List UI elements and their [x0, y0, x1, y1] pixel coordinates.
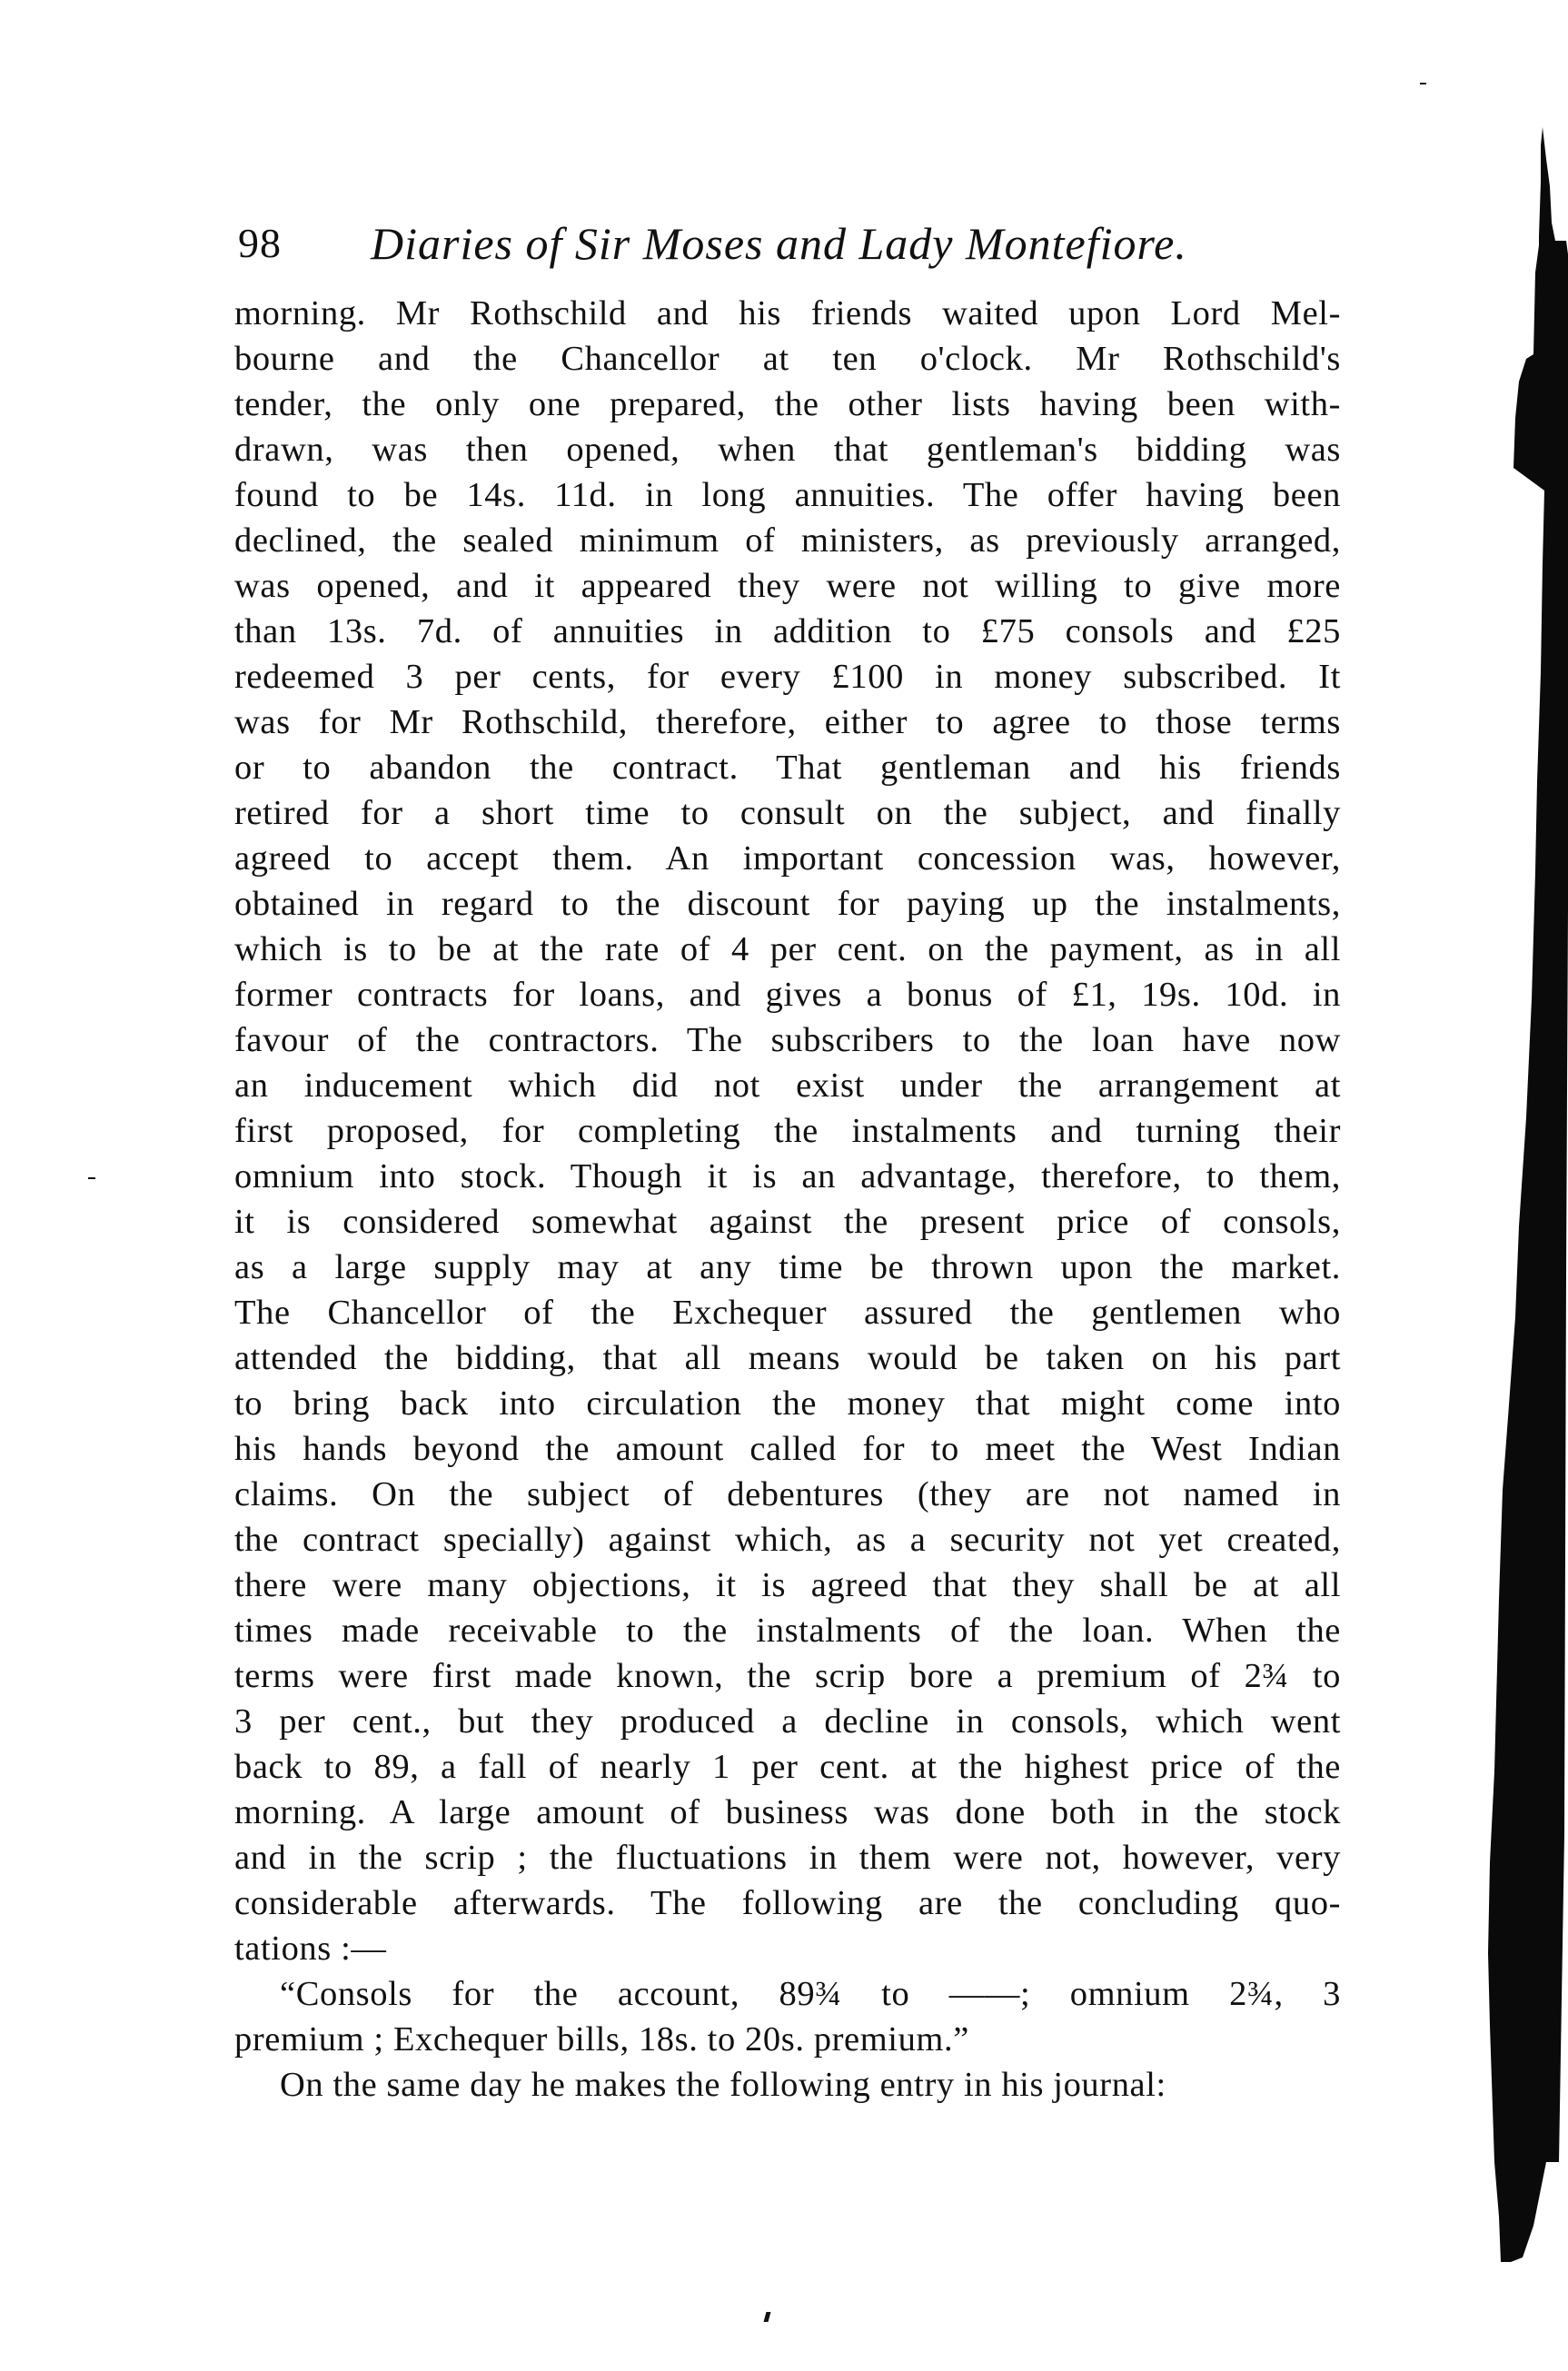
text-line: tations :— — [234, 1926, 1341, 1971]
text-line: back to 89, a fall of nearly 1 per cent.… — [234, 1744, 1341, 1790]
text-line: retired for a short time to consult on t… — [234, 790, 1341, 836]
quotation-line: “Consols for the account, 89¾ to ——; omn… — [234, 1971, 1341, 2017]
text-line: tender, the only one prepared, the other… — [234, 382, 1341, 427]
text-line: it is considered somewhat against the pr… — [234, 1199, 1341, 1245]
text-line: agreed to accept them. An important conc… — [234, 836, 1341, 881]
stray-mark — [1420, 83, 1426, 84]
text-line: or to abandon the contract. That gentlem… — [234, 745, 1341, 790]
text-line: morning. Mr Rothschild and his friends w… — [234, 291, 1341, 336]
text-line: an inducement which did not exist under … — [234, 1063, 1341, 1108]
text-line: attended the bidding, that all means wou… — [234, 1335, 1341, 1381]
text-line: claims. On the subject of debentures (th… — [234, 1472, 1341, 1517]
text-line: drawn, was then opened, when that gentle… — [234, 427, 1341, 472]
body-text: morning. Mr Rothschild and his friends w… — [234, 291, 1341, 2108]
text-line: omnium into stock. Though it is an advan… — [234, 1154, 1341, 1199]
text-line: was for Mr Rothschild, therefore, either… — [234, 699, 1341, 745]
text-line: considerable afterwards. The following a… — [234, 1880, 1341, 1926]
text-line: first proposed, for completing the insta… — [234, 1108, 1341, 1154]
text-line: obtained in regard to the discount for p… — [234, 881, 1341, 927]
quotation-line: premium ; Exchequer bills, 18s. to 20s. … — [234, 2017, 1341, 2062]
text-line: bourne and the Chancellor at ten o'clock… — [234, 336, 1341, 382]
text-line: former contracts for loans, and gives a … — [234, 972, 1341, 1017]
text-line: times made receivable to the instalments… — [234, 1608, 1341, 1653]
text-line: was opened, and it appeared they were no… — [234, 563, 1341, 609]
text-line: 3 per cent., but they produced a decline… — [234, 1699, 1341, 1744]
text-line: terms were first made known, the scrip b… — [234, 1653, 1341, 1699]
text-line: to bring back into circulation the money… — [234, 1381, 1341, 1426]
text-line: as a large supply may at any time be thr… — [234, 1245, 1341, 1290]
running-title: Diaries of Sir Moses and Lady Montefiore… — [371, 216, 1187, 271]
text-line: and in the scrip ; the fluctuations in t… — [234, 1835, 1341, 1880]
text-line: The Chancellor of the Exchequer assured … — [234, 1290, 1341, 1335]
text-line: there were many objections, it is agreed… — [234, 1562, 1341, 1608]
text-line: than 13s. 7d. of annuities in addition t… — [234, 609, 1341, 654]
page-number: 98 — [238, 216, 282, 271]
text-line: found to be 14s. 11d. in long annuities.… — [234, 472, 1341, 518]
text-line: morning. A large amount of business was … — [234, 1790, 1341, 1835]
text-line: redeemed 3 per cents, for every £100 in … — [234, 654, 1341, 699]
book-page: 98 Diaries of Sir Moses and Lady Montefi… — [0, 0, 1568, 2371]
running-head: 98 Diaries of Sir Moses and Lady Montefi… — [234, 216, 1361, 271]
text-line: favour of the contractors. The subscribe… — [234, 1017, 1341, 1063]
text-line: his hands beyond the amount called for t… — [234, 1426, 1341, 1472]
text-line: which is to be at the rate of 4 per cent… — [234, 927, 1341, 972]
text-line: the contract specially) against which, a… — [234, 1517, 1341, 1562]
text-line: On the same day he makes the following e… — [234, 2062, 1341, 2108]
text-line: declined, the sealed minimum of minister… — [234, 518, 1341, 563]
stray-mark — [764, 2312, 771, 2322]
stray-mark — [88, 1177, 95, 1179]
